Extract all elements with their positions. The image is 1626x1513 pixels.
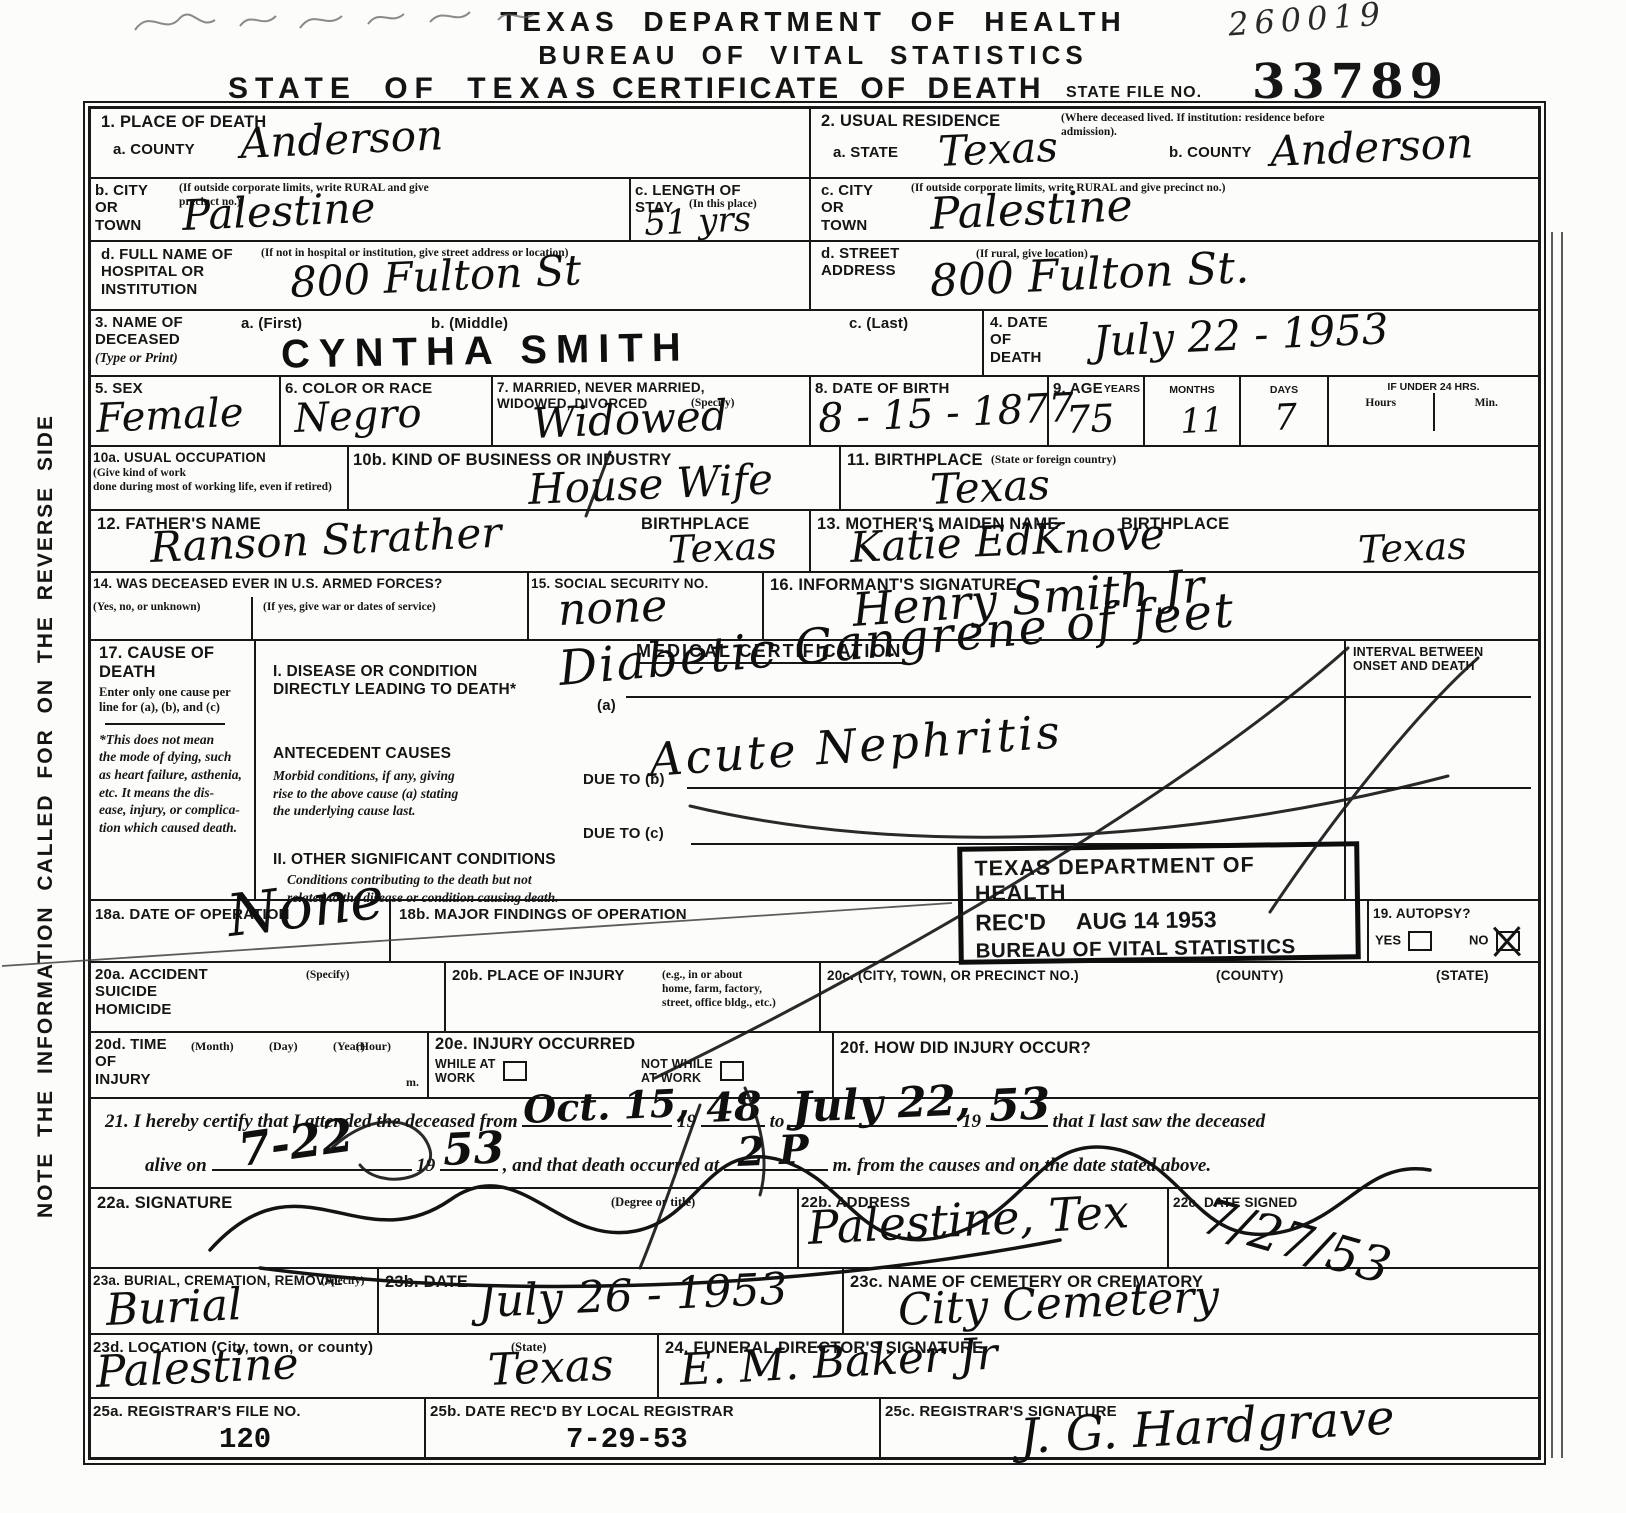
autopsy-no-group: NO [1469, 931, 1520, 951]
m-label: m. [406, 1075, 419, 1089]
cemetery-cell: 23c. NAME OF CEMETERY OR CREMATORY City … [844, 1269, 1538, 1333]
registrar-signature-cell: 25c. REGISTRAR'S SIGNATURE J. G. Hardgra… [881, 1399, 1538, 1457]
under24-label: IF UNDER 24 HRS. [1329, 377, 1538, 393]
autopsy-cell: 19. AUTOPSY? YES NO [1369, 901, 1538, 961]
autopsy-no-checkbox-checked [1496, 931, 1520, 951]
stamp-recd-label: REC'D [975, 909, 1046, 937]
autopsy-no-label: NO [1469, 932, 1489, 947]
father-value: Ranson Strather [149, 512, 502, 569]
location-state-value: Texas [487, 1344, 614, 1393]
place-city-label: b. CITY OR TOWN [95, 182, 148, 234]
manner-label: 20a. ACCIDENT SUICIDE HOMICIDE [95, 966, 208, 1018]
hospital-label: d. FULL NAME OF HOSPITAL OR INSTITUTION [101, 246, 233, 298]
stamp-line2: REC'D AUG 14 1953 [975, 904, 1343, 936]
reverse-side-note: NOTE THE INFORMATION CALLED FOR ON THE R… [34, 326, 58, 1218]
residence-county-value: Anderson [1269, 122, 1474, 173]
occupation-cell: 10a. USUAL OCCUPATION (Give kind of work… [91, 447, 349, 509]
stamp-date: AUG 14 1953 [1076, 906, 1217, 935]
residence-street-cell: d. STREET ADDRESS (If rural, give locati… [811, 242, 1538, 309]
cause-rule [105, 723, 225, 725]
occupation-note: (Give kind of work done during most of w… [93, 467, 341, 495]
injury-city-label: 20c. (CITY, TOWN, OR PRECINCT NO.) [827, 968, 1079, 984]
month-label: (Month) [191, 1039, 234, 1053]
father-birthplace-value: Texas [667, 526, 777, 569]
certificate-title: CERTIFICATE OF DEATH [612, 72, 1044, 106]
race-cell: 6. COLOR OR RACE Negro [281, 377, 493, 445]
autopsy-yes-label: YES [1375, 932, 1401, 947]
date-of-death-cell: 4. DATE OF DEATH July 22 - 1953 [984, 311, 1538, 375]
due-b-line [687, 787, 1531, 789]
cemetery-value: City Cemetery [897, 1275, 1220, 1333]
name-first-label: a. (First) [241, 315, 302, 332]
dod-label: 4. DATE OF DEATH [990, 314, 1048, 366]
injury-state-label: (STATE) [1436, 968, 1489, 984]
row-certify-statement: 21. I hereby certify that I attended the… [91, 1103, 1538, 1189]
autopsy-yes-checkbox [1408, 931, 1432, 951]
name-of-deceased-cell: 3. NAME OF DECEASED (Type or Print) a. (… [91, 311, 984, 375]
certify-to-value: July 22, [791, 1079, 971, 1129]
certify-time-value: 2 P [736, 1130, 810, 1173]
certify-seg2: that I last saw the deceased [1052, 1111, 1265, 1132]
place-of-injury-note: (e.g., in or about home, farm, factory, … [452, 969, 792, 1010]
residence-street-value: 800 Fulton St. [929, 246, 1250, 304]
dob-cell: 8. DATE OF BIRTH 8 - 15 - 1877 [811, 377, 1049, 445]
funeral-director-value: E. M. Baker Jr [679, 1332, 999, 1393]
residence-street-label: d. STREET ADDRESS [821, 245, 899, 280]
disease-label: I. DISEASE OR CONDITION DIRECTLY LEADING… [273, 663, 516, 699]
place-county-value: Anderson [239, 114, 444, 165]
registrar-file-cell: 25a. REGISTRAR'S FILE NO. 120 [91, 1399, 426, 1457]
armed-forces-note1: (Yes, no, or unknown) [93, 601, 200, 615]
time-of-injury-cell: 20d. TIME OF INJURY (Month) (Day) (Year)… [91, 1033, 429, 1097]
degree-note: (Degree or title) [611, 1195, 695, 1210]
certify-line-2: alive on 7-22 19 53 , and that death occ… [145, 1147, 1538, 1187]
row-attestation: 22a. SIGNATURE (Degree or title) 22b. AD… [91, 1189, 1538, 1269]
stay-value: 51 yrs [644, 202, 752, 241]
state-title: STATE OF TEXAS [228, 72, 602, 106]
hours-label: Hours [1329, 393, 1433, 431]
father-cell: 12. FATHER'S NAME BIRTHPLACE Ranson Stra… [91, 511, 811, 571]
age-days-cell: DAYS 7 [1241, 377, 1329, 445]
antecedent-label: ANTECEDENT CAUSES [273, 745, 451, 763]
operation-findings-label: 18b. MAJOR FINDINGS OF OPERATION [399, 906, 687, 923]
residence-city-cell: c. CITY OR TOWN (If outside corporate li… [811, 179, 1538, 242]
certify-to-year-blank: 53 [986, 1103, 1048, 1127]
sex-value: Female [95, 393, 244, 439]
place-county-cell: 1. PLACE OF DEATH a. COUNTY Anderson [91, 109, 809, 179]
deceased-name-value: CYNTHA SMITH [281, 327, 690, 374]
while-at-work-checkbox [503, 1061, 527, 1081]
age-months-cell: MONTHS 11 [1145, 377, 1241, 445]
injury-county-label: (COUNTY) [1216, 968, 1284, 984]
death-certificate-scan: TEXAS DEPARTMENT OF HEALTH BUREAU OF VIT… [0, 0, 1626, 1513]
other-conditions-label: II. OTHER SIGNIFICANT CONDITIONS [273, 851, 556, 869]
day-label: (Day) [269, 1039, 298, 1053]
certify-alive-value: 7-22 [235, 1111, 355, 1173]
race-value: Negro [293, 393, 422, 439]
deceased-title-note: (Type or Print) [95, 349, 178, 367]
received-stamp: TEXAS DEPARTMENT OF HEALTH REC'D AUG 14 … [957, 841, 1361, 965]
dod-value: July 22 - 1953 [1092, 308, 1389, 363]
name-last-label: c. (Last) [849, 315, 908, 332]
certify-to-blank: July 22, [789, 1103, 957, 1127]
time-of-injury-label: 20d. TIME OF INJURY [95, 1036, 167, 1088]
cause-title: 17. CAUSE OF DEATH [99, 644, 246, 682]
cause-of-death-cell: 17. CAUSE OF DEATH Enter only one cause … [91, 641, 256, 899]
due-b-value: Acute Nephritis [648, 708, 1064, 783]
months-value: 11 [1180, 403, 1225, 439]
certify-from-year: 48 [705, 1087, 762, 1129]
physician-signature-cell: 22a. SIGNATURE (Degree or title) [91, 1189, 799, 1267]
mother-birthplace-value: Texas [1357, 526, 1467, 569]
certify-to-year: 53 [988, 1082, 1051, 1129]
registrar-received-value: 7-29-53 [566, 1423, 688, 1456]
certify-alive-blank: 7-22 [212, 1147, 412, 1171]
residence-state-county-cell: 2. USUAL RESIDENCE (Where deceased lived… [811, 109, 1538, 179]
industry-cell: 10b. KIND OF BUSINESS OR INDUSTRY House … [349, 447, 841, 509]
injury-occurred-label: 20e. INJURY OCCURRED [435, 1035, 635, 1054]
funeral-director-cell: 24. FUNERAL DIRECTOR'S SIGNATURE E. M. B… [659, 1335, 1538, 1397]
row-registrar: 25a. REGISTRAR'S FILE NO. 120 25b. DATE … [91, 1399, 1538, 1457]
deceased-title: 3. NAME OF DECEASED [95, 314, 183, 349]
physician-signature-label: 22a. SIGNATURE [97, 1194, 232, 1213]
certify-from-blank: Oct. 15, [522, 1103, 672, 1127]
burial-date-value: July 26 - 1953 [477, 1268, 788, 1325]
burial-location-cell: 23d. LOCATION (City, town, or county) (S… [91, 1335, 659, 1397]
place-county-label: a. COUNTY [113, 141, 195, 158]
burial-cell: 23a. BURIAL, CREMATION, REMOVAL (Specify… [91, 1269, 379, 1333]
registrar-received-cell: 25b. DATE REC'D BY LOCAL REGISTRAR 7-29-… [426, 1399, 881, 1457]
age-years-label: YEARS [1104, 383, 1140, 395]
disease-a-line [626, 696, 1531, 698]
days-label: DAYS [1270, 384, 1298, 396]
mother-value: Katie EdKnove [849, 513, 1165, 569]
autopsy-label: 19. AUTOPSY? [1373, 906, 1471, 922]
hospital-value: 800 Fulton St [289, 249, 582, 304]
occupation-label: 10a. USUAL OCCUPATION [93, 450, 266, 466]
armed-forces-label: 14. WAS DECEASED EVER IN U.S. ARMED FORC… [93, 576, 442, 592]
certify-alive-year: 53 [442, 1126, 505, 1173]
operation-value: None [224, 868, 387, 945]
usual-residence-block: 2. USUAL RESIDENCE (Where deceased lived… [811, 109, 1538, 309]
place-city-row: b. CITY OR TOWN (If outside corporate li… [91, 179, 809, 242]
state-file-no: 33789 [1252, 54, 1449, 110]
age-value: 75 [1065, 399, 1115, 439]
burial-location-value: Palestine [95, 1342, 299, 1395]
certify-from-value: Oct. 15, [523, 1084, 691, 1129]
injury-city-cell: 20c. (CITY, TOWN, OR PRECINCT NO.) (COUN… [821, 963, 1538, 1031]
row-place-residence: 1. PLACE OF DEATH a. COUNTY Anderson b. … [91, 109, 1538, 311]
place-city-value: Palestine [181, 187, 376, 237]
while-at-work-group: WHILE AT WORK [435, 1057, 527, 1086]
residence-city-value: Palestine [929, 184, 1133, 237]
how-injury-label: 20f. HOW DID INJURY OCCUR? [840, 1039, 1091, 1058]
certify-m-label: m. [833, 1155, 853, 1176]
address-cell: 22b. ADDRESS Palestine, Tex [799, 1189, 1169, 1267]
registrar-received-label: 25b. DATE REC'D BY LOCAL REGISTRAR [430, 1403, 734, 1420]
row-name-dod: 3. NAME OF DECEASED (Type or Print) a. (… [91, 311, 1538, 377]
not-while-at-work-checkbox [720, 1061, 744, 1081]
under-24hrs-cell: IF UNDER 24 HRS. Hours Min. [1329, 377, 1538, 445]
certify-time-blank: 2 P [724, 1147, 828, 1171]
stamp-line1: TEXAS DEPARTMENT OF HEALTH [974, 851, 1343, 906]
months-label: MONTHS [1169, 384, 1215, 396]
marital-cell: 7. MARRIED, NEVER MARRIED, WIDOWED, DIVO… [493, 377, 811, 445]
date-signed-cell: 22c. DATE SIGNED 7/27/53 [1169, 1189, 1538, 1267]
armed-forces-cell: 14. WAS DECEASED EVER IN U.S. ARMED FORC… [91, 573, 529, 639]
disease-a-tag: (a) [597, 697, 616, 714]
armed-forces-divider [251, 597, 253, 639]
certify-seg5: from the causes and on the date stated a… [857, 1155, 1211, 1176]
burial-value: Burial [105, 1283, 243, 1333]
certify-seg4: , and that death occurred at [503, 1155, 719, 1176]
min-label: Min. [1433, 393, 1539, 431]
certify-seg3: alive on [145, 1155, 207, 1176]
certify-from-year-blank: 48 [701, 1103, 765, 1127]
sex-cell: 5. SEX Female [91, 377, 281, 445]
autopsy-yes-group: YES [1375, 931, 1432, 951]
registrar-file-label: 25a. REGISTRAR'S FILE NO. [93, 1403, 301, 1420]
hospital-cell: d. FULL NAME OF HOSPITAL OR INSTITUTION … [91, 242, 809, 309]
residence-city-label: c. CITY OR TOWN [821, 182, 873, 234]
certify-alive-year-blank: 53 [440, 1147, 498, 1171]
burial-date-label: 23b. DATE [385, 1273, 468, 1292]
birthplace-value: Texas [929, 464, 1051, 511]
scan-edge-line [1551, 232, 1563, 1458]
row-location-director: 23d. LOCATION (City, town, or county) (S… [91, 1335, 1538, 1399]
row-occupation: 10a. USUAL OCCUPATION (Give kind of work… [91, 447, 1538, 511]
hour-label: (Hour) [356, 1039, 391, 1053]
registrar-file-value: 120 [219, 1423, 271, 1456]
residence-state-label: a. STATE [833, 144, 898, 161]
interval-label: INTERVAL BETWEEN ONSET AND DEATH [1353, 645, 1483, 674]
days-value: 7 [1273, 400, 1297, 437]
cause-note2: *This does not mean the mode of dying, s… [99, 731, 246, 836]
certificate-form: 1. PLACE OF DEATH a. COUNTY Anderson b. … [88, 106, 1541, 1460]
place-city-cell: b. CITY OR TOWN (If outside corporate li… [91, 179, 631, 240]
place-of-death-block: 1. PLACE OF DEATH a. COUNTY Anderson b. … [91, 109, 811, 309]
address-value: Palestine, Tex [807, 1188, 1130, 1251]
length-of-stay-cell: c. LENGTH OF STAY (In this place) 51 yrs [631, 179, 809, 240]
certify-year-prefix3: 19 [416, 1155, 435, 1176]
marital-value: Widowed [531, 395, 728, 445]
burial-date-cell: 23b. DATE July 26 - 1953 [379, 1269, 844, 1333]
industry-value: House Wife [527, 458, 774, 511]
residence-county-label: b. COUNTY [1169, 144, 1252, 161]
manner-cell: 20a. ACCIDENT SUICIDE HOMICIDE (Specify) [91, 963, 446, 1031]
row-parents: 12. FATHER'S NAME BIRTHPLACE Ranson Stra… [91, 511, 1538, 573]
residence-state-value: Texas [937, 126, 1059, 173]
row-injury-manner: 20a. ACCIDENT SUICIDE HOMICIDE (Specify)… [91, 963, 1538, 1033]
birthplace-cell: 11. BIRTHPLACE (State or foreign country… [841, 447, 1538, 509]
ssn-value: none [557, 584, 668, 633]
row-vitals: 5. SEX Female 6. COLOR OR RACE Negro 7. … [91, 377, 1538, 447]
place-of-injury-cell: 20b. PLACE OF INJURY (e.g., in or about … [446, 963, 821, 1031]
dob-value: 8 - 15 - 1877 [817, 388, 1075, 439]
antecedent-note: Morbid conditions, if any, giving rise t… [273, 767, 458, 820]
due-c-label: DUE TO (c) [583, 825, 664, 842]
state-file-no-label: STATE FILE NO. [1066, 84, 1202, 102]
cause-note1: Enter only one cause per line for (a), (… [99, 685, 246, 715]
armed-forces-note2: (If yes, give war or dates of service) [263, 601, 513, 615]
manner-note: (Specify) [306, 969, 349, 983]
stamp-line3: BUREAU OF VITAL STATISTICS [975, 934, 1343, 963]
burial-note: (Specify) [321, 1275, 364, 1289]
while-at-work-label: WHILE AT WORK [435, 1057, 496, 1086]
